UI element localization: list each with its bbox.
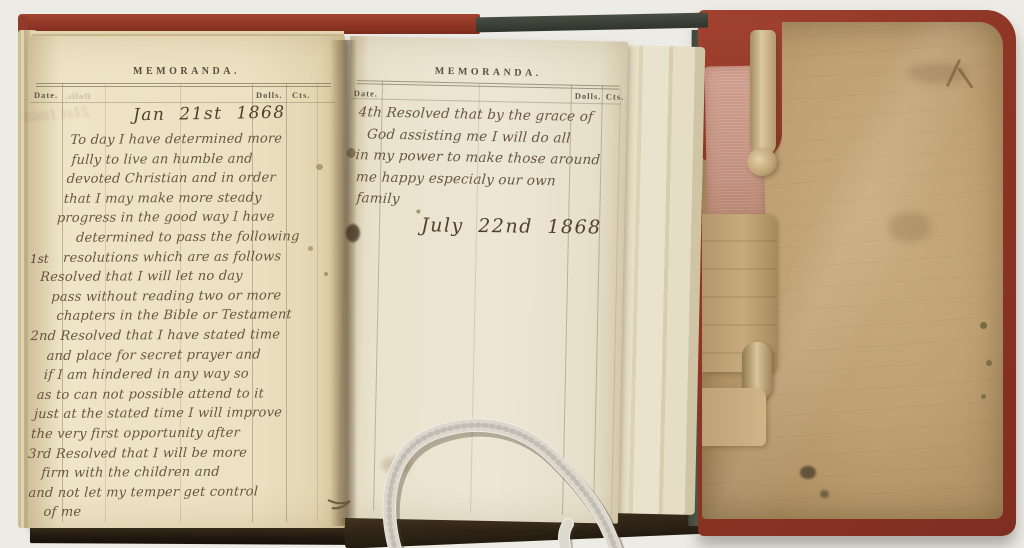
handwriting-line: and not let my temper get control bbox=[20, 482, 338, 504]
header-rule bbox=[30, 102, 335, 103]
page-title: MEMORANDA. bbox=[28, 66, 345, 77]
handwriting-line: 3rd Resolved that I will be more bbox=[22, 442, 340, 464]
handwriting-line: pass without reading two or more bbox=[29, 286, 347, 308]
column-header-dolls: Dolls. bbox=[256, 90, 283, 100]
stain-blob bbox=[800, 466, 816, 479]
page-title: MEMORANDA. bbox=[349, 64, 627, 81]
handwriting-line: fully to live an humble and bbox=[35, 148, 353, 170]
handwriting-line: determined to pass the following bbox=[32, 227, 350, 249]
column-header-dolls: Dolls. bbox=[575, 91, 602, 102]
handwriting-line: progress in the good way I have bbox=[32, 207, 350, 229]
bleedthrough-ghost: Dolls. bbox=[64, 91, 91, 101]
stain-spot bbox=[316, 164, 323, 170]
handwriting-line: Resolved that I will let no day bbox=[30, 266, 348, 288]
photo-open-diary: MEMORANDA. Date. Dolls. 21st 1868 Dolls.… bbox=[0, 0, 1024, 548]
handwriting-line: firm with the children and bbox=[21, 462, 339, 484]
column-header-date: Date. bbox=[34, 90, 58, 100]
handwriting-line: as to can not possible attend to it bbox=[24, 384, 342, 406]
stain-spot bbox=[416, 209, 420, 213]
page-gutter bbox=[330, 40, 356, 526]
stain-spot bbox=[324, 272, 328, 276]
handwriting-line: resolutions which are as follows bbox=[31, 246, 349, 268]
handwriting-line: family bbox=[344, 188, 624, 215]
rolled-paper-flap bbox=[750, 30, 776, 156]
stain-smudge bbox=[888, 212, 932, 242]
handwriting-line: 2nd Resolved that I have stated time bbox=[27, 325, 345, 347]
handwriting-line: of me bbox=[19, 501, 337, 523]
entry-date: July 22nd 1868 bbox=[421, 214, 602, 238]
handwriting-line: and place for secret prayer and bbox=[26, 344, 344, 366]
handwriting-line: devoted Christian and in order bbox=[34, 168, 352, 190]
handwriting-line: the very first opportunity after bbox=[23, 423, 341, 445]
paper-curl bbox=[747, 148, 777, 176]
stain-spot bbox=[981, 394, 986, 399]
handwriting-line: if I am hindered in any way so bbox=[25, 364, 343, 386]
column-header-cts: Cts. bbox=[292, 90, 310, 100]
stain-spot bbox=[980, 322, 987, 329]
handwriting-line: that I may make more steady bbox=[33, 188, 351, 210]
handwritten-entry: To day I have determined morefully to li… bbox=[19, 129, 354, 523]
entry-date: Jan 21st 1868 bbox=[133, 103, 286, 126]
handwriting-line: To day I have determined more bbox=[36, 129, 354, 151]
stain-spot bbox=[986, 360, 992, 366]
stain-blob bbox=[820, 490, 829, 498]
inside-back-cover bbox=[698, 10, 1016, 536]
left-memoranda-page: MEMORANDA. Date. Dolls. 21st 1868 Dolls.… bbox=[28, 36, 345, 528]
stain-smudge bbox=[381, 457, 411, 474]
right-memoranda-page: MEMORANDA. Date. Dolls. Cts. 4th Resolve… bbox=[340, 36, 628, 524]
column-header-cts: Cts. bbox=[606, 91, 625, 101]
paper-fold-bottom bbox=[702, 388, 766, 446]
stain-smudge bbox=[908, 62, 968, 84]
column-header-date: Date. bbox=[354, 88, 378, 99]
handwriting-line: chapters in the Bible or Testament bbox=[28, 305, 346, 327]
cover-lining bbox=[702, 22, 1003, 519]
bleedthrough-script: 21st 1868 bbox=[23, 105, 90, 127]
stain-spot bbox=[308, 246, 313, 251]
handwriting-line: just at the stated time I will improve bbox=[23, 403, 341, 425]
handwritten-entry: 4th Resolved that by the grace ofGod ass… bbox=[344, 102, 630, 215]
board-top-edge bbox=[476, 13, 708, 33]
